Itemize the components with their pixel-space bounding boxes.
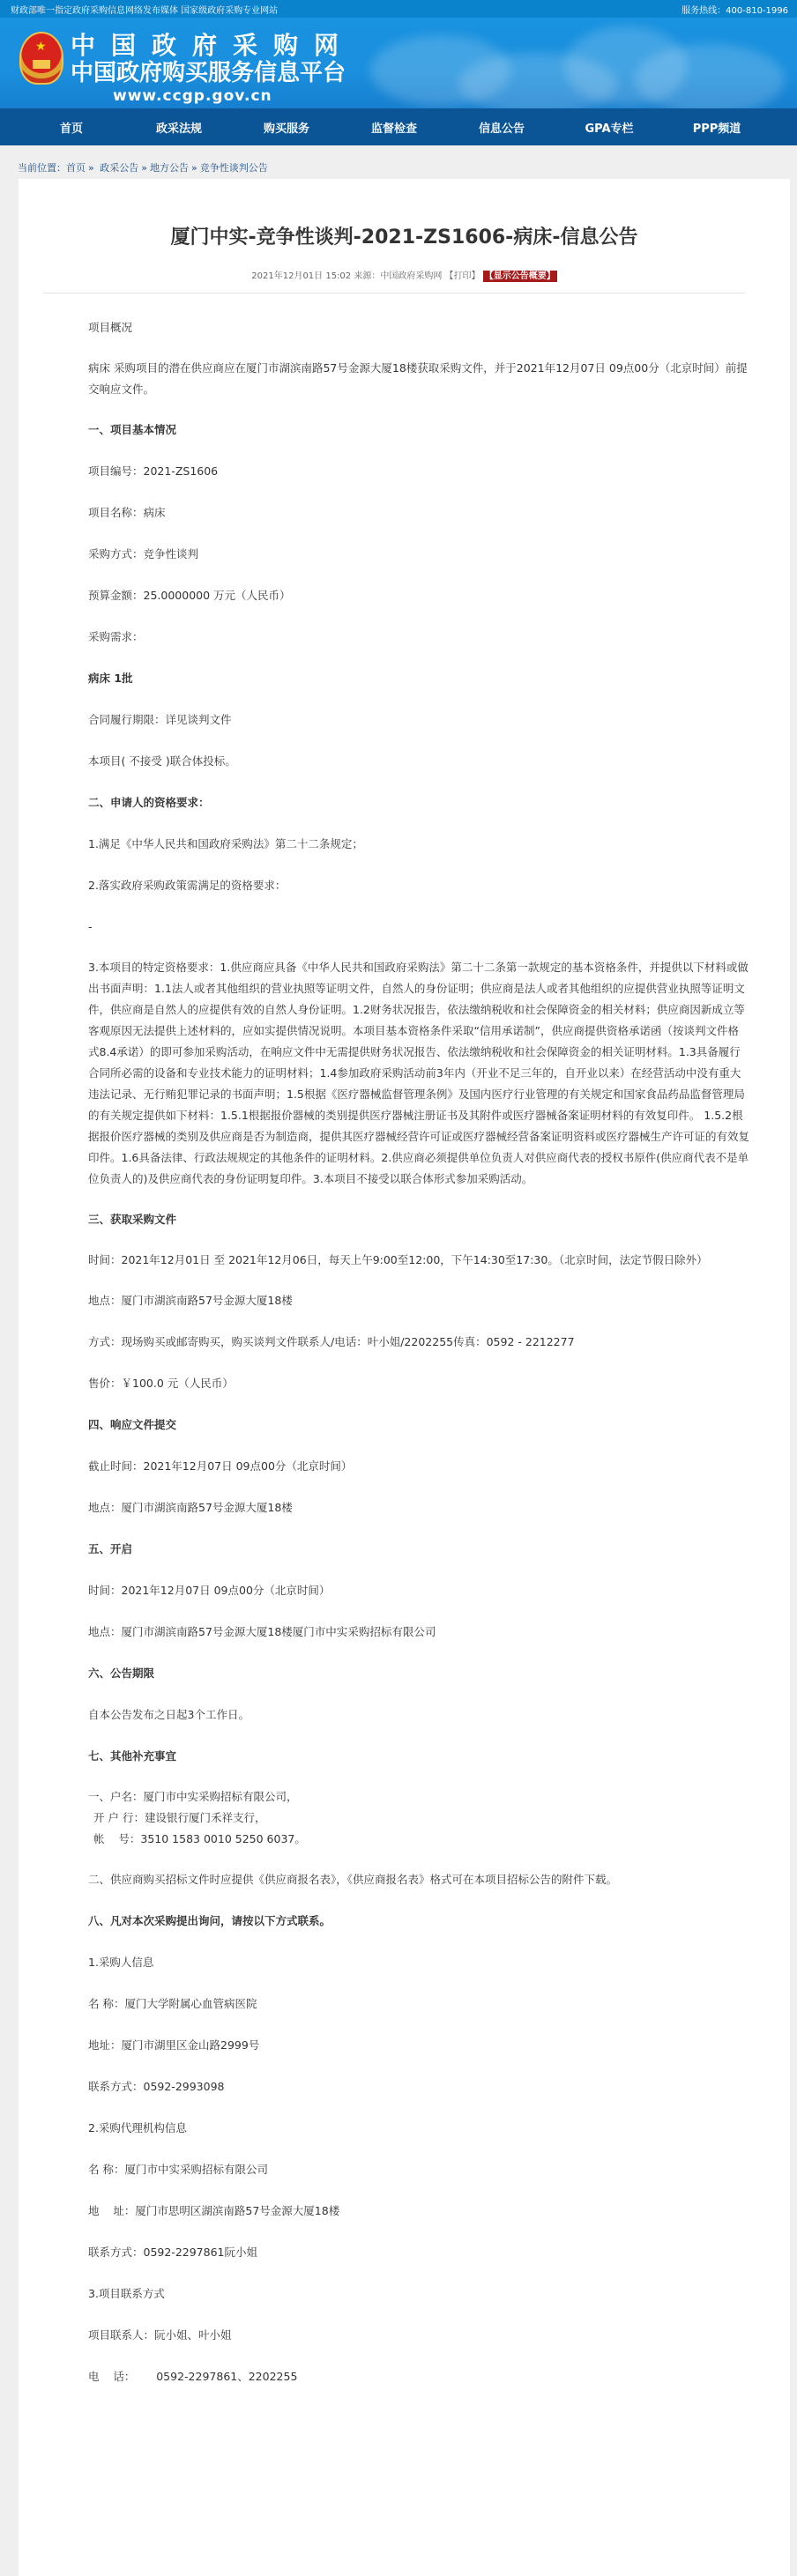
paragraph-budget: 预算金额：25.0000000 万元（人民币） — [88, 584, 749, 607]
article-body: 项目概况 病床 采购项目的潜在供应商应在厦门市湖滨南路57号金源大厦18楼获取采… — [0, 293, 749, 2388]
breadcrumb-label: 当前位置： — [18, 162, 66, 174]
section-heading-1: 一、项目基本情况 — [88, 419, 749, 442]
site-slogan: 财政部唯一指定政府采购信息网络发布媒体 国家级政府采购专业网站 — [11, 3, 278, 16]
paragraph-overview-heading: 项目概况 — [88, 316, 749, 339]
paragraph-obtain-method: 方式：现场购买或邮寄购买，购买谈判文件联系人/电话：叶小姐/2202255传真：… — [88, 1331, 749, 1354]
paragraph-project-number: 项目编号：2021-ZS1606 — [88, 460, 749, 483]
logo-subtitle: 中国政府购买服务信息平台 — [71, 60, 354, 86]
paragraph-purchaser-heading: 1.采购人信息 — [88, 1951, 749, 1974]
paragraph-requirement-item: 病床 1批 — [88, 667, 749, 690]
bank-account-number: 帐 号：3510 1583 0010 5250 6037。 — [88, 1829, 749, 1850]
print-link[interactable]: 【打印】 — [445, 271, 480, 281]
paragraph-project-name: 项目名称：病床 — [88, 501, 749, 524]
site-banner: ★ 中国政府采购网 中国政府购买服务信息平台 www.ccgp.gov.cn — [0, 18, 797, 108]
paragraph-purchaser-address: 地址：厦门市湖里区金山路2999号 — [88, 2034, 749, 2057]
paragraph-qualification-2: 2.落实政府采购政策需满足的资格要求： — [88, 874, 749, 897]
service-hotline: 服务热线：400-810-1996 — [682, 3, 788, 16]
breadcrumb-gov-announcements[interactable]: 政采公告 — [100, 162, 138, 174]
breadcrumb-separator: » — [191, 162, 197, 174]
paragraph-dash: - — [88, 916, 749, 939]
section-heading-4: 四、响应文件提交 — [88, 1414, 749, 1436]
paragraph-consortium: 本项目( 不接受 )联合体投标。 — [88, 750, 749, 773]
paragraph-opening-time: 时间：2021年12月07日 09点00分（北京时间） — [88, 1579, 749, 1602]
breadcrumb-separator: » — [88, 162, 94, 174]
bank-account-name: 一、户名：厦门市中实采购招标有限公司， — [88, 1786, 749, 1808]
breadcrumb-home[interactable]: 首页 — [66, 162, 86, 174]
show-summary-button[interactable]: 【显示公告概要】 — [483, 271, 557, 282]
main-nav: 首页 政采法规 购买服务 监督检查 信息公告 GPA专栏 PPP频道 — [0, 108, 797, 145]
paragraph-announcement-period: 自本公告发布之日起3个工作日。 — [88, 1704, 749, 1726]
paragraph-procurement-method: 采购方式：竞争性谈判 — [88, 543, 749, 566]
logo-title: 中国政府采购网 — [71, 32, 354, 60]
nav-item-announcements[interactable]: 信息公告 — [448, 119, 555, 136]
nav-item-purchase-services[interactable]: 购买服务 — [233, 119, 340, 136]
paragraph-agency-heading: 2.采购代理机构信息 — [88, 2117, 749, 2140]
section-heading-5: 五、开启 — [88, 1538, 749, 1561]
logo-url: www.ccgp.gov.cn — [113, 86, 354, 106]
paragraph-obtain-location: 地点：厦门市湖滨南路57号金源大厦18楼 — [88, 1289, 749, 1312]
breadcrumb-local-announcements[interactable]: 地方公告 — [150, 162, 189, 174]
publish-datetime: 2021年12月01日 15:02 — [251, 271, 351, 281]
paragraph-qualification-3: 3.本项目的特定资格要求：1.供应商应具备《中华人民共和国政府采购法》第二十二条… — [88, 957, 749, 1190]
paragraph-price: 售价：￥100.0 元（人民币） — [88, 1372, 749, 1395]
paragraph-contract-term: 合同履行期限：详见谈判文件 — [88, 709, 749, 731]
breadcrumb-separator: » — [141, 162, 147, 174]
paragraph-purchaser-contact: 联系方式：0592-2993098 — [88, 2075, 749, 2098]
top-bar: 财政部唯一指定政府采购信息网络发布媒体 国家级政府采购专业网站 服务热线：400… — [0, 0, 797, 18]
breadcrumb-negotiation-announcements[interactable]: 竞争性谈判公告 — [200, 162, 268, 174]
nav-item-ppp[interactable]: PPP频道 — [663, 119, 771, 136]
paragraph-opening-location: 地点：厦门市湖滨南路57号金源大厦18楼厦门市中实采购招标有限公司 — [88, 1621, 749, 1644]
article-source: 来源：中国政府采购网 — [354, 271, 442, 281]
paragraph-qualification-1: 1.满足《中华人民共和国政府采购法》第二十二条规定； — [88, 833, 749, 856]
paragraph-project-contact-person: 项目联系人：阮小姐、叶小姐 — [88, 2324, 749, 2347]
section-heading-7: 七、其他补充事宜 — [88, 1745, 749, 1768]
paragraph-agency-name: 名 称：厦门市中实采购招标有限公司 — [88, 2158, 749, 2181]
article-title: 厦门中实-竞争性谈判-2021-ZS1606-病床-信息公告 — [19, 179, 790, 251]
section-heading-3: 三、获取采购文件 — [88, 1208, 749, 1231]
section-heading-2: 二、申请人的资格要求： — [88, 791, 749, 814]
nav-item-supervision[interactable]: 监督检查 — [340, 119, 448, 136]
paragraph-overview: 病床 采购项目的潜在供应商应在厦门市湖滨南路57号金源大厦18楼获取采购文件，并… — [88, 358, 749, 400]
nav-item-home[interactable]: 首页 — [18, 119, 125, 136]
paragraph-submit-location: 地点：厦门市湖滨南路57号金源大厦18楼 — [88, 1496, 749, 1519]
paragraph-purchaser-name: 名 称：厦门大学附属心血管病医院 — [88, 1993, 749, 2016]
site-logo[interactable]: 中国政府采购网 中国政府购买服务信息平台 www.ccgp.gov.cn — [71, 32, 354, 106]
paragraph-deadline: 截止时间：2021年12月07日 09点00分（北京时间） — [88, 1455, 749, 1478]
paragraph-agency-address: 地 址：厦门市思明区湖滨南路57号金源大厦18楼 — [88, 2200, 749, 2223]
section-heading-8: 八、凡对本次采购提出询问，请按以下方式联系。 — [88, 1910, 749, 1933]
national-emblem-icon: ★ — [19, 32, 63, 85]
breadcrumb: 当前位置：首页» 政采公告»地方公告»竞争性谈判公告 — [0, 145, 797, 179]
paragraph-obtain-time: 时间：2021年12月01日 至 2021年12月06日，每天上午9:00至12… — [88, 1250, 749, 1271]
paragraph-agency-contact: 联系方式：0592-2297861阮小姐 — [88, 2241, 749, 2264]
nav-item-regulations[interactable]: 政采法规 — [125, 119, 233, 136]
paragraph-project-phone: 电 话： 0592-2297861、2202255 — [88, 2365, 749, 2388]
paragraph-project-contact-heading: 3.项目联系方式 — [88, 2283, 749, 2305]
section-heading-6: 六、公告期限 — [88, 1662, 749, 1685]
article-panel: 厦门中实-竞争性谈判-2021-ZS1606-病床-信息公告 2021年12月0… — [19, 179, 790, 2576]
paragraph-registration-form: 二、供应商购买招标文件时应提供《供应商报名表》，《供应商报名表》格式可在本项目招… — [88, 1868, 749, 1891]
nav-item-gpa[interactable]: GPA专栏 — [555, 119, 663, 136]
bank-branch: 开 户 行：建设银行厦门禾祥支行， — [88, 1808, 749, 1829]
paragraph-requirements-label: 采购需求： — [88, 626, 749, 649]
article-meta: 2021年12月01日 15:02 来源：中国政府采购网 【打印】 【显示公告概… — [19, 271, 790, 283]
